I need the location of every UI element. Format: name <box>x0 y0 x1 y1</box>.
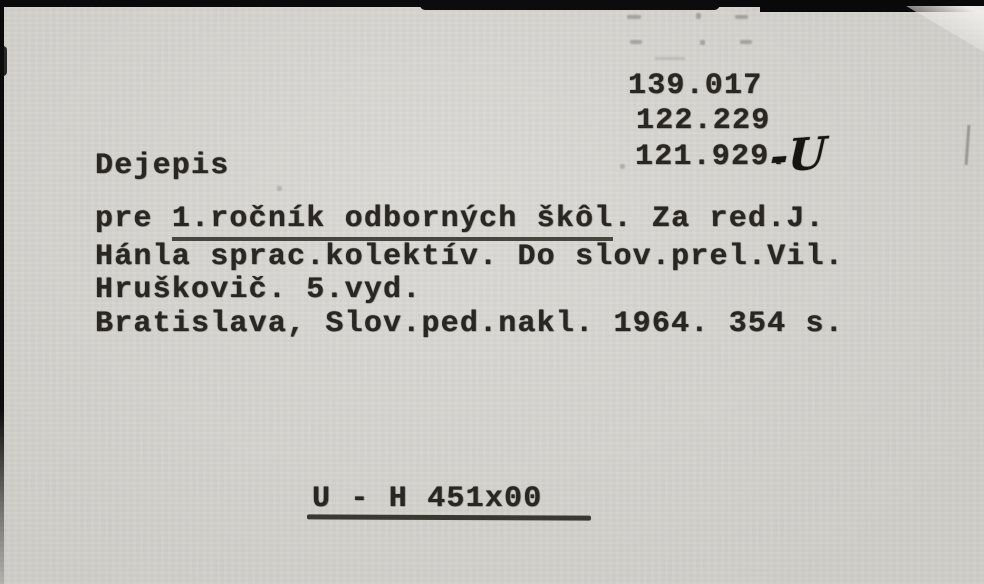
smudge-mark <box>696 13 701 19</box>
underlined-phrase: 1.ročník odborných škôl <box>172 203 614 241</box>
body-text: pre 1.ročník odborných škôl. Za red.J.Há… <box>95 203 915 341</box>
body-line-1-prefix: pre <box>95 202 172 236</box>
smudge-mark <box>655 57 685 60</box>
title-heading: Dejepis <box>95 150 229 184</box>
smudge-mark <box>620 164 625 169</box>
body-line-3: Hruškovič. 5.vyd. <box>95 274 915 308</box>
call-number-3: 121.929. <box>635 141 789 171</box>
body-line-1-suffix: . Za red.J. <box>613 202 824 236</box>
smudge-mark <box>740 40 752 44</box>
call-number-2: 122.229 <box>636 105 770 135</box>
scan-border-top-mid <box>420 0 720 10</box>
body-line-1: pre 1.ročník odborných škôl. Za red.J. <box>95 203 915 241</box>
shelf-mark: U - H 451x00 <box>312 483 542 517</box>
worn-corner <box>889 6 984 52</box>
smudge-mark <box>700 40 705 45</box>
scan-border-left <box>0 0 4 584</box>
smudge-mark <box>627 15 641 19</box>
scratch-mark <box>965 125 971 165</box>
shelf-mark-underline <box>307 514 591 520</box>
scan-border-left-nub <box>0 46 7 76</box>
smudge-mark <box>735 15 748 19</box>
call-number-1: 139.017 <box>628 70 762 100</box>
handwritten-annotation: -U <box>769 128 827 183</box>
body-line-2: Hánla sprac.kolektív. Do slov.prel.Vil. <box>95 241 915 275</box>
smudge-mark <box>277 186 282 191</box>
smudge-mark <box>630 40 642 44</box>
body-line-4: Bratislava, Slov.ped.nakl. 1964. 354 s. <box>95 308 915 342</box>
catalog-card-scan: 139.017 122.229 121.929. -U Dejepis pre … <box>0 0 984 584</box>
